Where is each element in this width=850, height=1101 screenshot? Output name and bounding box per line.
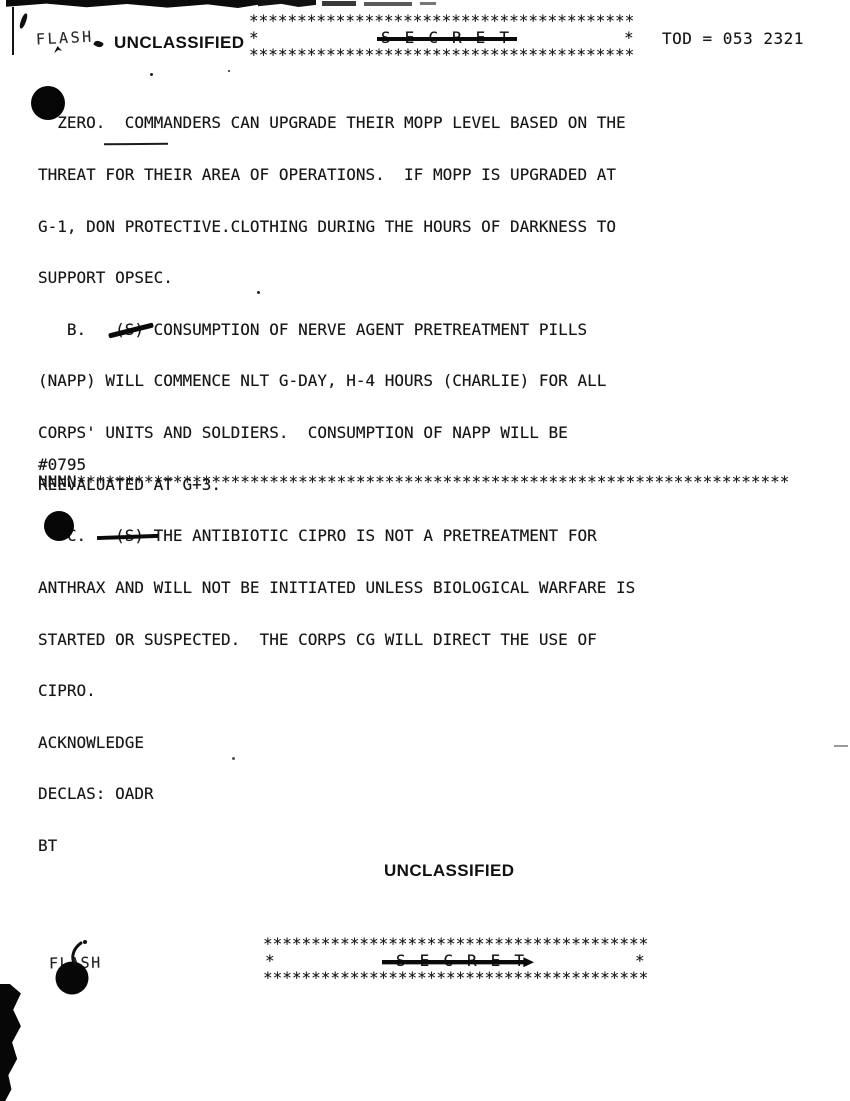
scan-speck — [257, 291, 260, 294]
asterisk-row: **************************************** — [249, 46, 644, 63]
message-serial: #0795 — [38, 456, 86, 473]
scanner-edge-band — [6, 0, 258, 8]
body-line: DECLAS: OADR — [38, 785, 635, 802]
body-line: CIPRO. — [38, 682, 635, 699]
unclassified-stamp-top: UNCLASSIFIED — [114, 33, 244, 53]
secret-banner-top: ****************************************… — [249, 12, 644, 64]
secret-banner-bottom: ****************************************… — [263, 935, 658, 987]
body-line: CORPS' UNITS AND SOLDIERS. CONSUMPTION O… — [38, 424, 635, 441]
scan-speck — [228, 70, 230, 72]
asterisk: * — [249, 29, 259, 46]
strikethrough-bar — [377, 37, 517, 41]
scanner-edge-dash — [364, 2, 412, 6]
asterisk-row: **************************************** — [263, 935, 658, 952]
body-line: ACKNOWLEDGE — [38, 734, 635, 751]
tod-timestamp: TOD = 053 2321 — [662, 30, 804, 47]
secret-banner-middle-row: * S E C R E T * — [263, 952, 658, 969]
asterisk: * — [624, 29, 634, 46]
asterisk-row: **************************************** — [263, 969, 658, 986]
body-line: ANTHRAX AND WILL NOT BE INITIATED UNLESS… — [38, 579, 635, 596]
struck-classification-marking: (S) — [115, 527, 144, 544]
scan-dash — [834, 745, 848, 747]
body-line: C. (S) THE ANTIBIOTIC CIPRO IS NOT A PRE… — [38, 527, 635, 544]
asterisk: * — [265, 952, 275, 969]
strikethrough-bar — [382, 957, 534, 967]
body-line: ZERO. COMMANDERS CAN UPGRADE THEIR MOPP … — [38, 114, 635, 131]
scanner-edge-dash — [322, 1, 356, 6]
pen-tick-mark — [93, 39, 104, 49]
body-line: (NAPP) WILL COMMENCE NLT G-DAY, H-4 HOUR… — [38, 372, 635, 389]
nnnn-terminator-line: NNNN************************************… — [38, 473, 789, 490]
asterisk: * — [635, 952, 645, 969]
hole-punch-mark — [44, 511, 74, 541]
ink-blob — [54, 936, 108, 1000]
flash-stamp-top: FLASH — [36, 29, 94, 49]
body-line: BT — [38, 837, 635, 854]
scanner-edge-corner-line — [12, 7, 14, 55]
body-line: G-1, DON PROTECTIVE.CLOTHING DURING THE … — [38, 218, 635, 235]
body-line: STARTED OR SUSPECTED. THE CORPS CG WILL … — [38, 631, 635, 648]
scanner-edge-band-segment — [258, 0, 316, 7]
secret-banner-middle-row: * S E C R E T * — [249, 29, 644, 46]
scan-speck — [232, 757, 235, 760]
struck-classification-marking: (S) — [115, 321, 144, 338]
body-line: THREAT FOR THEIR AREA OF OPERATIONS. IF … — [38, 166, 635, 183]
scanner-edge-strip — [0, 984, 22, 1101]
scanner-edge-dash — [420, 2, 436, 5]
body-line: SUPPORT OPSEC. — [38, 269, 635, 286]
hole-punch-mark — [31, 86, 65, 120]
scan-speck — [150, 73, 153, 76]
pen-mark — [18, 13, 28, 30]
body-line: B. (S) CONSUMPTION OF NERVE AGENT PRETRE… — [38, 321, 635, 338]
scanned-message-page: FLASH UNCLASSIFIED *********************… — [0, 0, 850, 1101]
unclassified-stamp-bottom: UNCLASSIFIED — [384, 861, 514, 881]
asterisk-row: **************************************** — [249, 12, 644, 29]
